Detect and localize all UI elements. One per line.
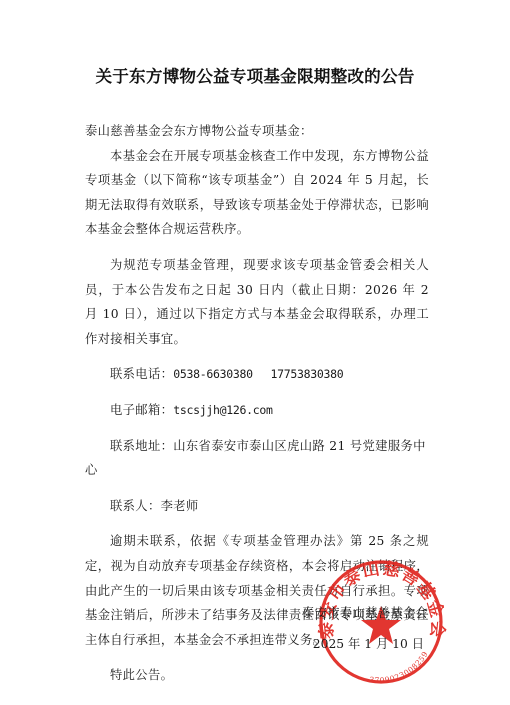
contact-phone-label: 联系电话：: [110, 367, 173, 381]
issue-date: 2025 年 1 月 10 日: [300, 634, 424, 652]
document-title: 关于东方博物公益专项基金限期整改的公告: [0, 63, 510, 87]
announcement-page: 关于东方博物公益专项基金限期整改的公告 泰山慈善基金会东方博物公益专项基金： 本…: [0, 0, 510, 705]
contact-address-label: 联系地址：: [110, 439, 173, 453]
contact-email-value: tscsjjh@126.com: [173, 403, 272, 417]
paragraph-findings: 本基金会在开展专项基金核查工作中发现，东方博物公益专项基金（以下简称“该专项基金…: [85, 144, 429, 242]
contact-person-label: 联系人：: [110, 499, 161, 513]
contact-phone: 联系电话：0538-6630380 17753830380: [85, 362, 429, 387]
contact-email: 电子邮箱：tscsjjh@126.com: [85, 398, 429, 423]
salutation: 泰山慈善基金会东方博物公益专项基金：: [85, 119, 429, 144]
issuer-signature: 泰安市泰山慈善基金会: [300, 603, 428, 621]
contact-address: 联系地址：山东省泰安市泰山区虎山路 21 号党建服务中心: [85, 434, 429, 483]
paragraph-requirement: 为规范专项基金管理，现要求该专项基金管委会相关人员，于本公告发布之日起 30 日…: [85, 253, 429, 351]
official-seal-icon: 泰安市泰山慈善基金会 3709023008259: [312, 558, 452, 692]
contact-person-value: 李老师: [161, 499, 199, 513]
contact-email-label: 电子邮箱：: [110, 403, 173, 417]
contact-person: 联系人：李老师: [85, 494, 429, 519]
contact-phone-value: 0538-6630380 17753830380: [173, 367, 343, 381]
